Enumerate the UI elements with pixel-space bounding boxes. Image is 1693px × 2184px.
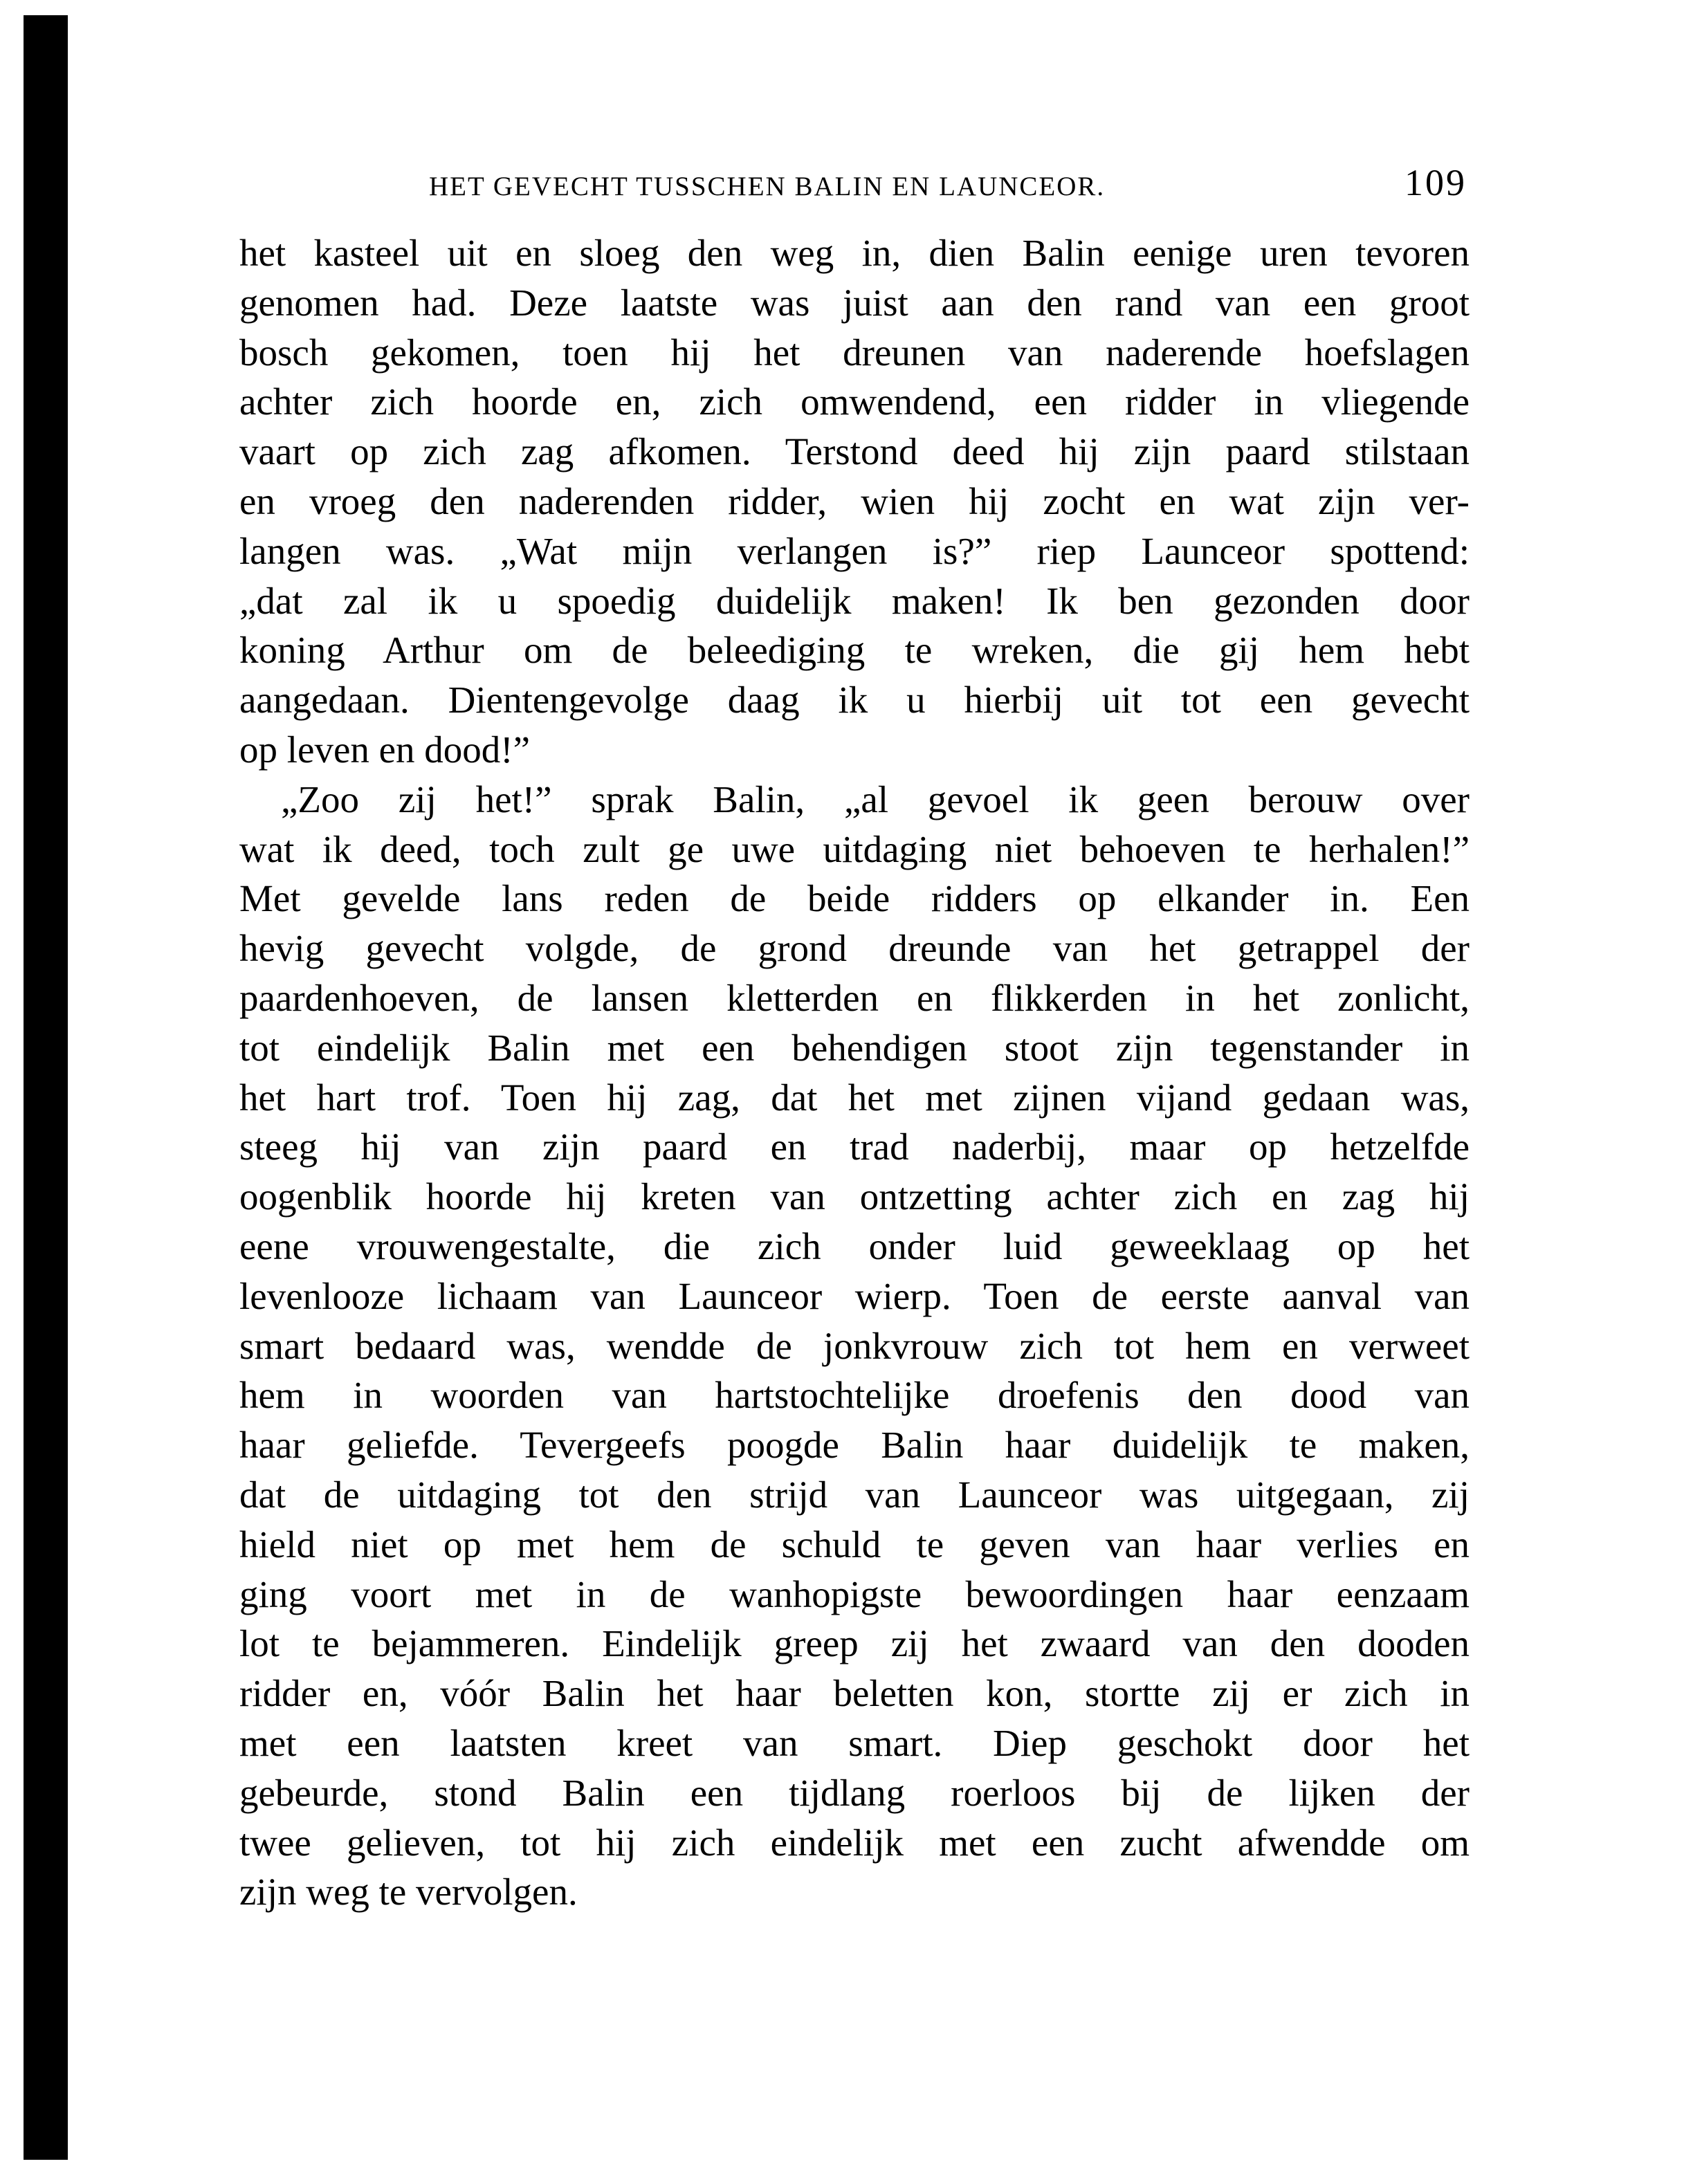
text-line: dat de uitdaging tot den strijd van Laun… [239, 1470, 1470, 1520]
text-line: ging voort met in de wanhopigste bewoord… [239, 1570, 1470, 1619]
text-line: gebeurde, stond Balin een tijdlang roerl… [239, 1768, 1470, 1818]
text-line: zijn weg te vervolgen. [239, 1867, 1470, 1917]
text-line: en vroeg den naderenden ridder, wien hij… [239, 477, 1470, 526]
scan-binding-edge [24, 15, 68, 2160]
body-text: het kasteel uit en sloeg den weg in, die… [239, 228, 1470, 1917]
text-line: hevig gevecht volgde, de grond dreunde v… [239, 924, 1470, 973]
text-line: met een laatsten kreet van smart. Diep g… [239, 1718, 1470, 1768]
text-line: genomen had. Deze laatste was juist aan … [239, 278, 1470, 328]
text-line: „Zoo zij het!” sprak Balin, „al gevoel i… [239, 775, 1470, 825]
text-line: hem in woorden van hartstochtelijke droe… [239, 1370, 1470, 1420]
text-line: bosch gekomen, toen hij het dreunen van … [239, 328, 1470, 378]
text-line: hield niet op met hem de schuld te geven… [239, 1520, 1470, 1570]
text-line: op leven en dood!” [239, 725, 1470, 775]
text-line: oogenblik hoorde hij kreten van ontzetti… [239, 1172, 1470, 1222]
text-line: Met gevelde lans reden de beide ridders … [239, 874, 1470, 924]
text-line: twee gelieven, tot hij zich eindelijk me… [239, 1818, 1470, 1868]
text-line: lot te bejammeren. Eindelijk greep zij h… [239, 1619, 1470, 1669]
text-line: het kasteel uit en sloeg den weg in, die… [239, 228, 1470, 278]
paragraph-2: „Zoo zij het!” sprak Balin, „al gevoel i… [239, 775, 1470, 1917]
text-line: steeg hij van zijn paard en trad naderbi… [239, 1122, 1470, 1172]
text-line: vaart op zich zag afkomen. Terstond deed… [239, 427, 1470, 477]
text-line: aangedaan. Dientengevolge daag ik u hier… [239, 675, 1470, 725]
text-line: langen was. „Wat mijn verlangen is?” rie… [239, 526, 1470, 576]
text-line: wat ik deed, toch zult ge uwe uitdaging … [239, 825, 1470, 874]
text-line: ridder en, vóór Balin het haar beletten … [239, 1669, 1470, 1718]
page-number: 109 [1404, 162, 1467, 203]
running-title: HET GEVECHT TUSSCHEN BALIN EN LAUNCEOR. [429, 166, 1105, 208]
text-line: tot eindelijk Balin met een behendigen s… [239, 1023, 1470, 1073]
text-line: „dat zal ik u spoedig duidelijk maken! I… [239, 576, 1470, 626]
text-line: het hart trof. Toen hij zag, dat het met… [239, 1073, 1470, 1123]
text-line: koning Arthur om de beleediging te wreke… [239, 625, 1470, 675]
text-line: smart bedaard was, wendde de jonkvrouw z… [239, 1321, 1470, 1371]
text-line: paardenhoeven, de lansen kletterden en f… [239, 973, 1470, 1023]
text-line: eene vrouwengestalte, die zich onder lui… [239, 1222, 1470, 1272]
text-line: haar geliefde. Tevergeefs poogde Balin h… [239, 1420, 1470, 1470]
text-line: achter zich hoorde en, zich omwendend, e… [239, 377, 1470, 427]
running-head: HET GEVECHT TUSSCHEN BALIN EN LAUNCEOR. … [429, 166, 1467, 208]
text-line: levenlooze lichaam van Launceor wierp. T… [239, 1272, 1470, 1321]
paragraph-1: het kasteel uit en sloeg den weg in, die… [239, 228, 1470, 775]
